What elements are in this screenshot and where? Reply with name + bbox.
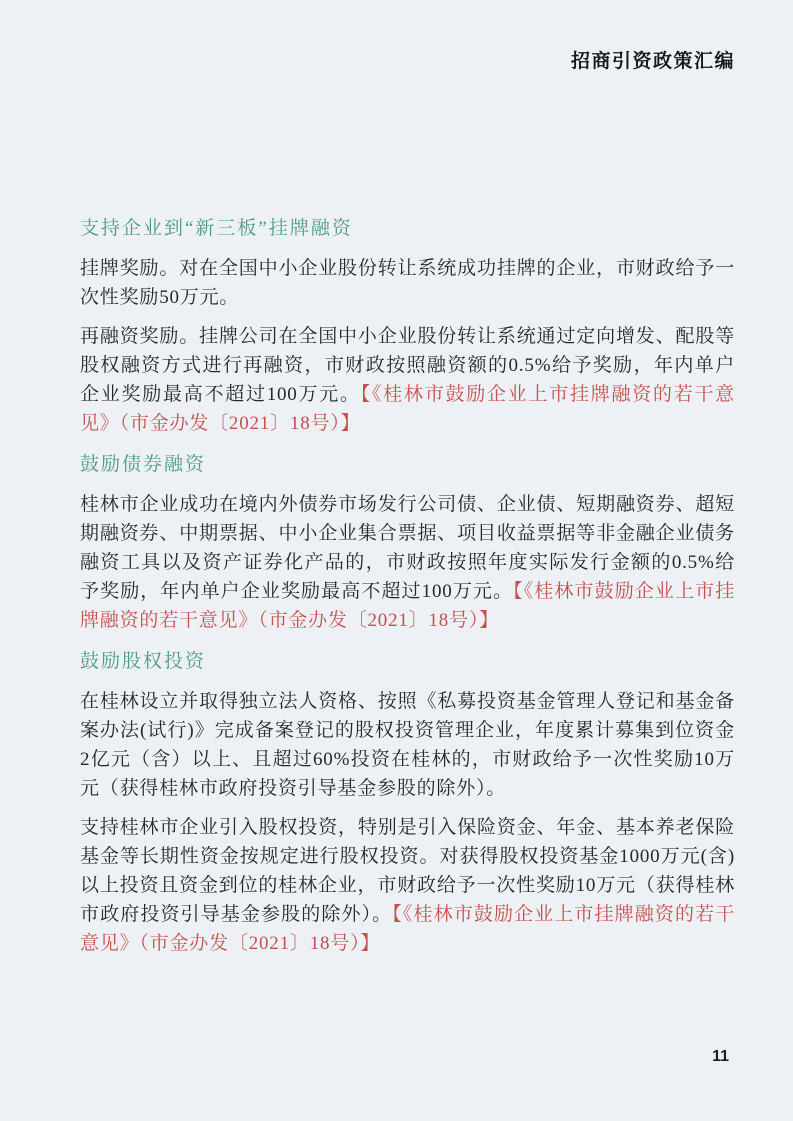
- paragraph: 桂林市企业成功在境内外债券市场发行公司债、企业债、短期融资券、超短期融资券、中期…: [80, 490, 735, 635]
- paragraph-text: 在桂林设立并取得独立法人资格、按照《私募投资基金管理人登记和基金备案办法(试行)…: [80, 691, 735, 799]
- document-content: 支持企业到“新三板”挂牌融资 挂牌奖励。对在全国中小企业股份转让系统成功挂牌的企…: [80, 216, 735, 968]
- policy-section-bond-financing: 鼓励债券融资 桂林市企业成功在境内外债券市场发行公司债、企业债、短期融资券、超短…: [80, 452, 735, 635]
- section-heading: 鼓励债券融资: [80, 452, 735, 478]
- document-header-title: 招商引资政策汇编: [571, 46, 735, 73]
- paragraph: 支持桂林市企业引入股权投资，特别是引入保险资金、年金、基本养老保险基金等长期性资…: [80, 813, 735, 958]
- policy-section-new-third-board: 支持企业到“新三板”挂牌融资 挂牌奖励。对在全国中小企业股份转让系统成功挂牌的企…: [80, 216, 735, 438]
- section-heading: 鼓励股权投资: [80, 649, 735, 675]
- paragraph-text: 挂牌奖励。对在全国中小企业股份转让系统成功挂牌的企业，市财政给予一次性奖励50万…: [80, 258, 735, 308]
- paragraph: 再融资奖励。挂牌公司在全国中小企业股份转让系统通过定向增发、配股等股权融资方式进…: [80, 322, 735, 438]
- page-number: 11: [712, 1048, 729, 1066]
- policy-section-equity-investment: 鼓励股权投资 在桂林设立并取得独立法人资格、按照《私募投资基金管理人登记和基金备…: [80, 649, 735, 958]
- paragraph: 挂牌奖励。对在全国中小企业股份转让系统成功挂牌的企业，市财政给予一次性奖励50万…: [80, 254, 735, 312]
- section-heading: 支持企业到“新三板”挂牌融资: [80, 216, 735, 242]
- document-page: 招商引资政策汇编 支持企业到“新三板”挂牌融资 挂牌奖励。对在全国中小企业股份转…: [0, 0, 793, 1121]
- paragraph: 在桂林设立并取得独立法人资格、按照《私募投资基金管理人登记和基金备案办法(试行)…: [80, 687, 735, 803]
